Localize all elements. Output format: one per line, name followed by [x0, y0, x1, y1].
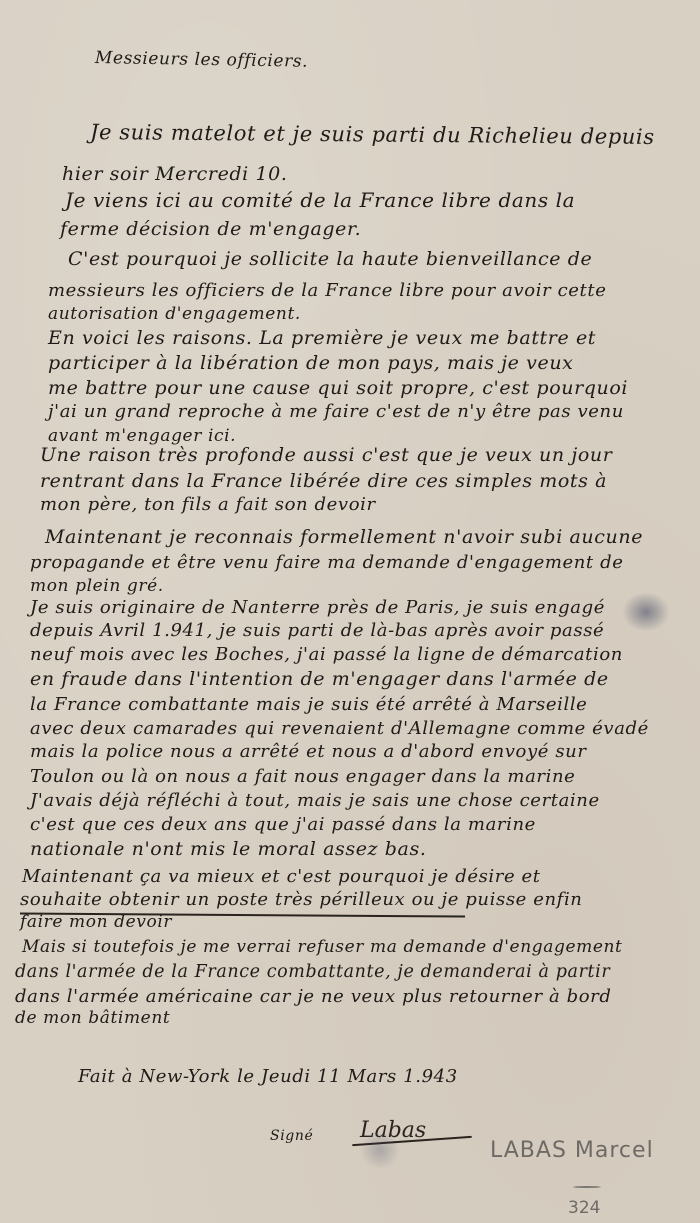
signature-smudge: [360, 1130, 400, 1170]
body-line: participer à la libération de mon pays, …: [48, 352, 574, 374]
body-line: depuis Avril 1.941, je suis parti de là-…: [30, 620, 604, 641]
body-line: Je suis originaire de Nanterre près de P…: [30, 597, 605, 618]
ink-smudge: [622, 592, 670, 632]
body-line: Maintenant ça va mieux et c'est pourquoi…: [22, 866, 541, 887]
body-line: avec deux camarades qui revenaient d'All…: [30, 718, 649, 739]
body-line: mon père, ton fils a fait son devoir: [40, 494, 376, 515]
body-line: avant m'engager ici.: [48, 426, 236, 446]
body-line: J'avais déjà réfléchi à tout, mais je sa…: [30, 790, 600, 811]
body-line: dans l'armée américaine car je ne veux p…: [15, 986, 612, 1007]
body-line: hier soir Mercredi 10.: [62, 163, 288, 185]
body-line: Je viens ici au comité de la France libr…: [65, 188, 575, 212]
body-line: en fraude dans l'intention de m'engager …: [30, 668, 609, 690]
folio-mark: [573, 1186, 601, 1188]
body-line: rentrant dans la France libérée dire ces…: [40, 470, 607, 492]
body-line: Mais si toutefois je me verrai refuser m…: [22, 937, 622, 957]
signed-label: Signé: [270, 1128, 313, 1144]
salutation: Messieurs les officiers.: [95, 48, 308, 72]
body-line: Toulon ou là on nous a fait nous engager…: [30, 766, 575, 787]
body-line: Maintenant je reconnais formellement n'a…: [45, 526, 643, 548]
body-line: c'est que ces deux ans que j'ai passé da…: [30, 814, 536, 835]
archival-name-annotation: LABAS Marcel: [490, 1138, 654, 1163]
body-line: propagande et être venu faire ma demande…: [30, 552, 623, 573]
body-line: la France combattante mais je suis été a…: [30, 694, 587, 715]
body-line: me battre pour une cause qui soit propre…: [48, 377, 628, 399]
body-line: souhaite obtenir un poste très périlleux…: [20, 889, 583, 910]
body-line: neuf mois avec les Boches, j'ai passé la…: [30, 644, 623, 665]
body-line: mais la police nous a arrêté et nous a d…: [30, 741, 587, 762]
body-line: ferme décision de m'engager.: [60, 218, 361, 240]
folio-number: 324: [568, 1198, 600, 1218]
body-line: faire mon devoir: [20, 912, 172, 932]
body-line: En voici les raisons. La première je veu…: [48, 327, 596, 349]
body-line: autorisation d'engagement.: [48, 304, 301, 324]
place-and-date: Fait à New-York le Jeudi 11 Mars 1.943: [78, 1066, 458, 1087]
body-line: C'est pourquoi je sollicite la haute bie…: [68, 248, 592, 270]
letter-page: Messieurs les officiers. Je suis matelot…: [0, 0, 700, 1223]
body-line: j'ai un grand reproche à me faire c'est …: [48, 401, 624, 422]
body-line: nationale n'ont mis le moral assez bas.: [30, 838, 426, 860]
body-line: dans l'armée de la France combattante, j…: [15, 962, 610, 982]
body-line: messieurs les officiers de la France lib…: [48, 280, 606, 301]
body-line: mon plein gré.: [30, 576, 164, 596]
body-line: Je suis matelot et je suis parti du Rich…: [90, 120, 655, 149]
body-line: de mon bâtiment: [15, 1008, 170, 1028]
body-line: Une raison très profonde aussi c'est que…: [40, 444, 612, 466]
